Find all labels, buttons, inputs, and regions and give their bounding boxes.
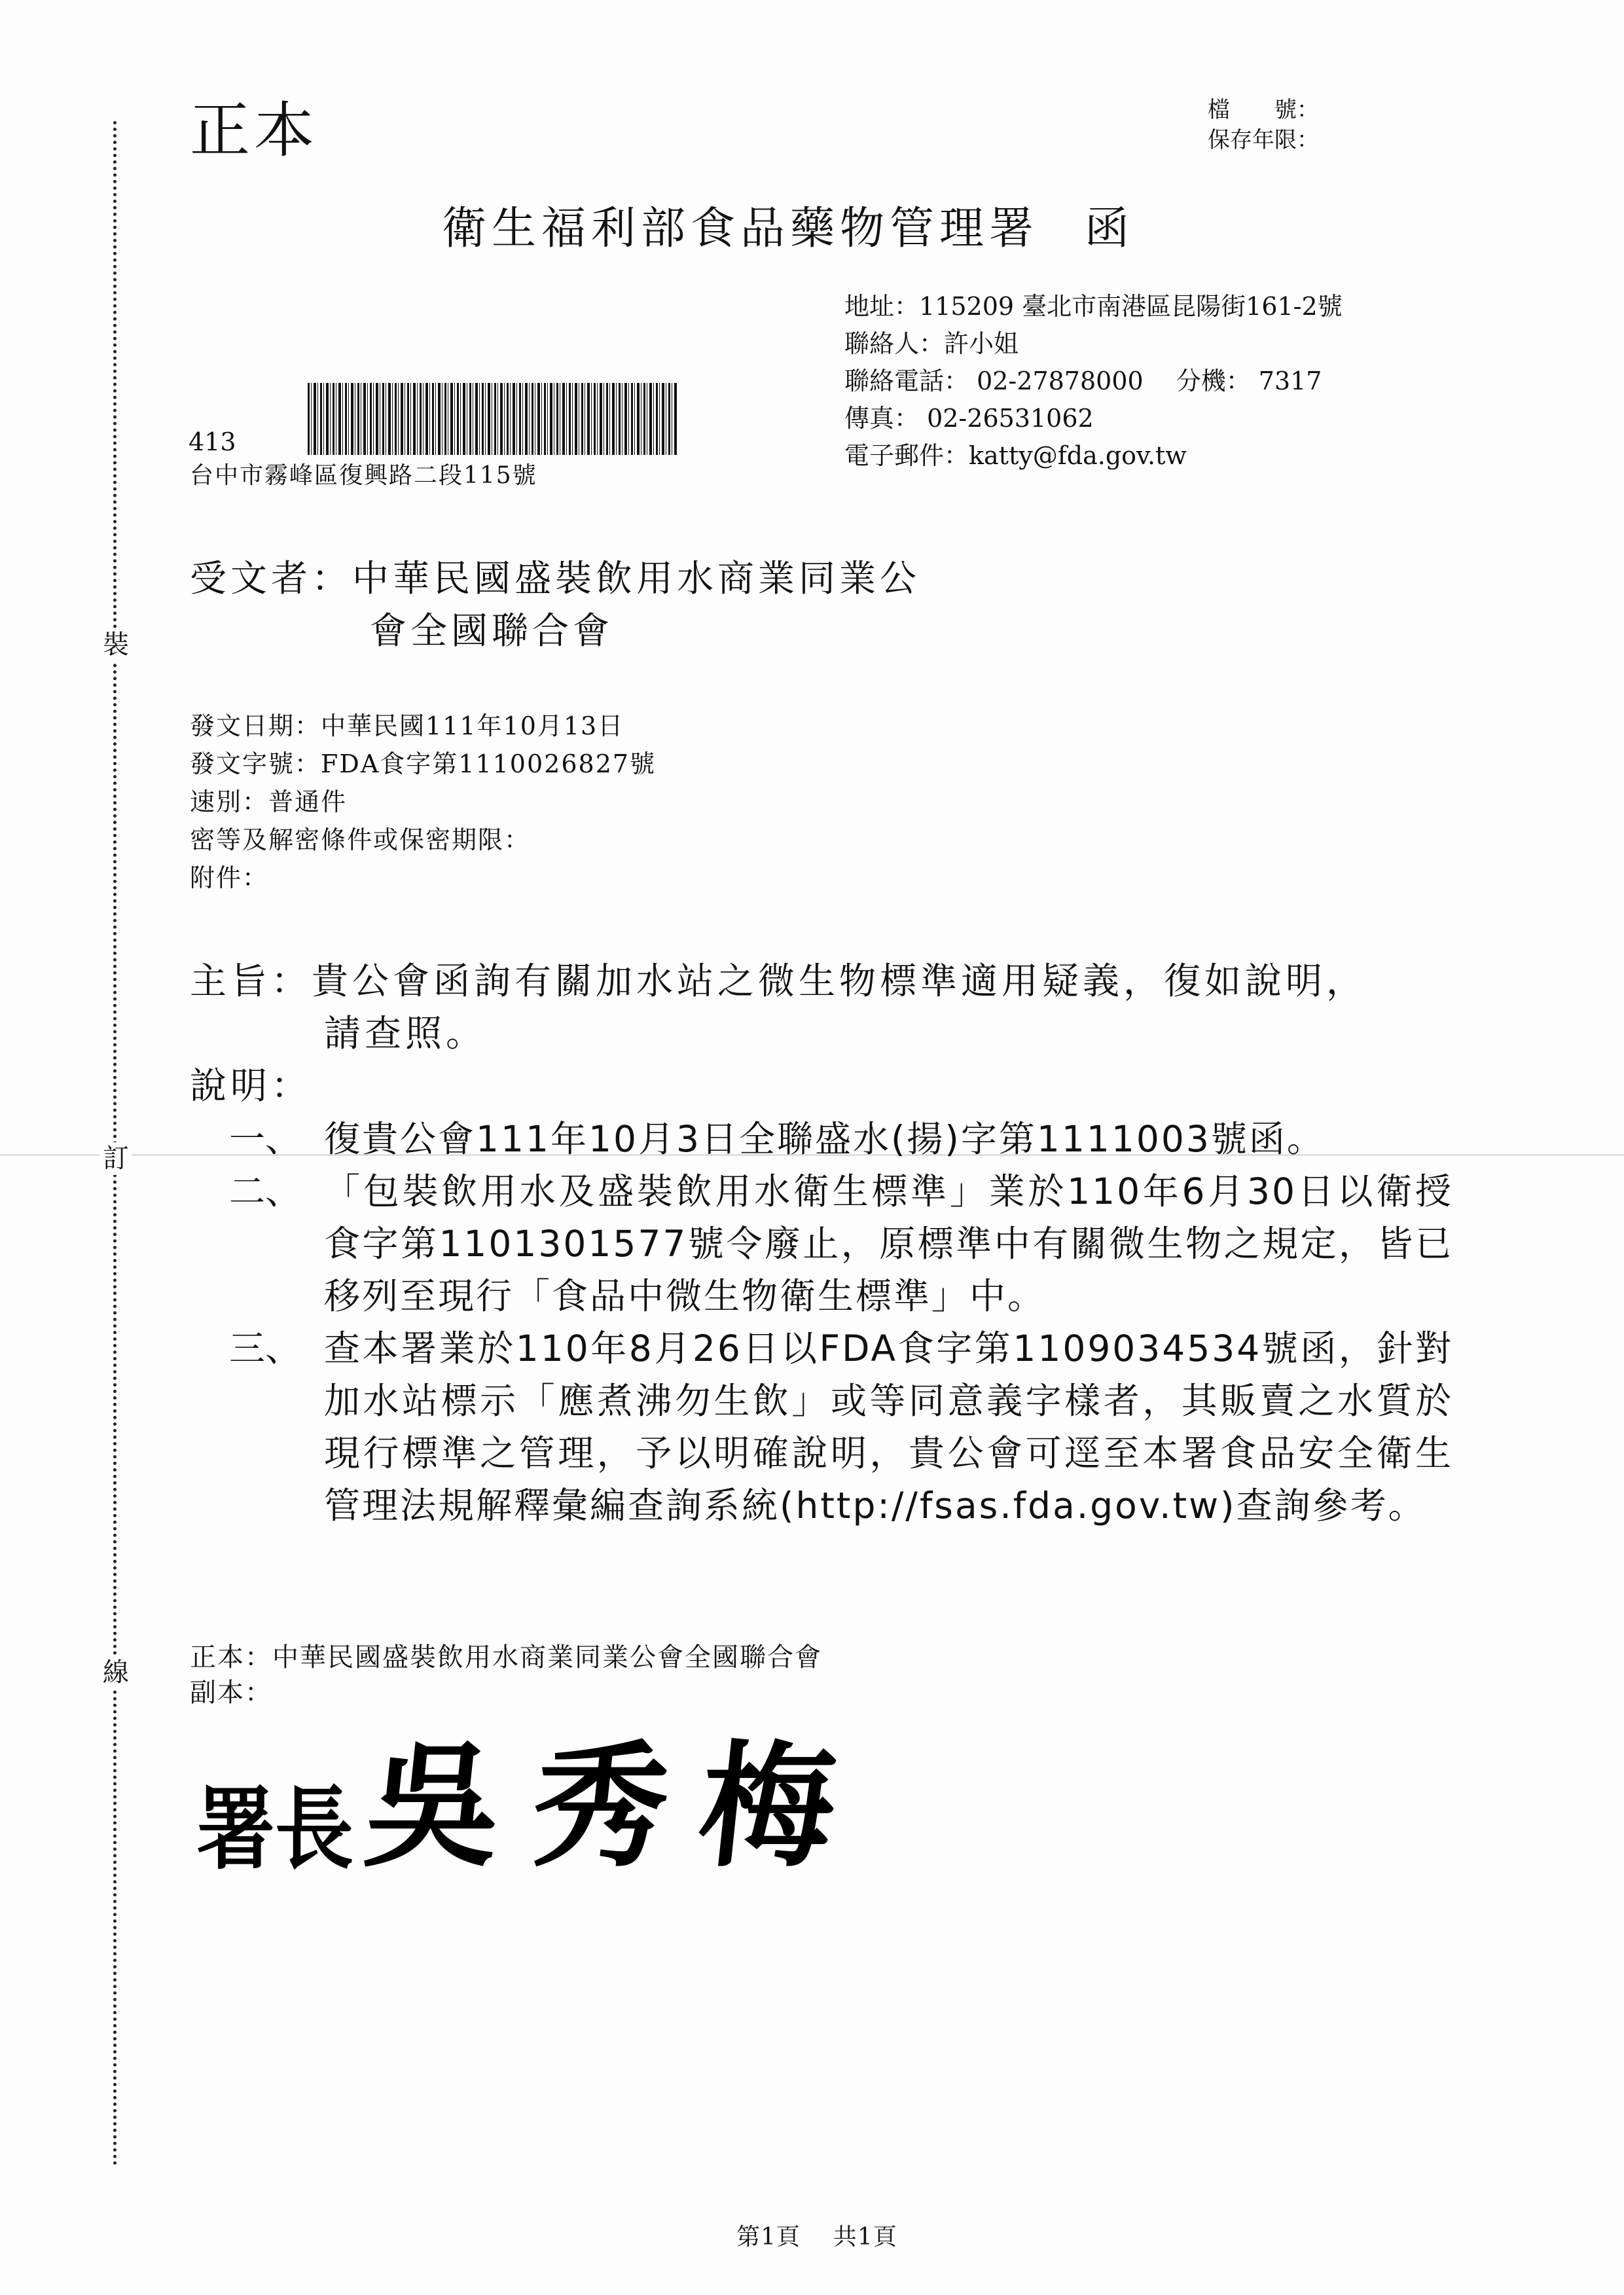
subject-line2: 請查照。 <box>190 1008 1367 1060</box>
distribution-copy: 副本： <box>190 1675 822 1710</box>
explanation-item-text: 「包裝飲用水及盛裝飲用水衛生標準」業於110年6月30日以衛授食字第110130… <box>324 1165 1453 1322</box>
binding-mark-ding: 訂 <box>99 1142 132 1175</box>
attachments: 附件： <box>190 859 656 897</box>
recipient-label: 受文者： <box>190 558 352 600</box>
binding-mark-zhuang: 裝 <box>99 628 132 661</box>
file-number-label: 檔 號： <box>1208 95 1319 125</box>
file-meta: 檔 號： 保存年限： <box>1208 95 1319 155</box>
issue-date: 發文日期：中華民國111年10月13日 <box>190 707 656 745</box>
explanation-item: 一、 復貴公會111年10月3日全聯盛水(揚)字第1111003號函。 <box>229 1113 1453 1165</box>
page-current: 第1頁 <box>736 2224 801 2250</box>
file-number-row: 檔 號： <box>1208 95 1319 125</box>
explanation-item-number: 一、 <box>229 1113 324 1165</box>
document-title: 衛生福利部食品藥物管理署函 <box>442 200 1134 259</box>
postal-zip: 413 <box>189 425 236 458</box>
contact-extension: 分機： 7317 <box>1176 367 1322 395</box>
signatory-name: 吳秀梅 <box>358 1728 875 1885</box>
agency-name: 衛生福利部食品藥物管理署 <box>442 203 1039 255</box>
distribution-original: 正本：中華民國盛裝飲用水商業同業公會全國聯合會 <box>190 1640 822 1675</box>
classification: 密等及解密條件或保密期限： <box>190 821 656 859</box>
contact-phone: 聯絡電話： 02-27878000 <box>844 367 1144 395</box>
binding-mark-xian: 線 <box>99 1656 132 1689</box>
explanation-item: 二、 「包裝飲用水及盛裝飲用水衛生標準」業於110年6月30日以衛授食字第110… <box>229 1165 1453 1322</box>
page-indicator: 第1頁共1頁 <box>736 2222 897 2252</box>
signature-block: 署長 吳秀梅 <box>196 1728 867 1885</box>
document-meta: 發文日期：中華民國111年10月13日 發文字號：FDA食字第111002682… <box>190 707 656 897</box>
page-total: 共1頁 <box>833 2224 897 2250</box>
urgency: 速別：普通件 <box>190 783 656 821</box>
recipient: 受文者：中華民國盛裝飲用水商業同業公 會全國聯合會 <box>190 553 920 658</box>
postal-barcode <box>308 383 677 455</box>
explanation-item-text: 復貴公會111年10月3日全聯盛水(揚)字第1111003號函。 <box>324 1113 1453 1165</box>
contact-phone-row: 聯絡電話： 02-27878000分機： 7317 <box>844 363 1343 400</box>
contact-address: 地址：115209 臺北市南港區昆陽街161-2號 <box>844 288 1343 325</box>
document-type: 函 <box>1085 203 1134 255</box>
copy-type-stamp: 正本 <box>190 95 318 167</box>
recipient-address: 台中市霧峰區復興路二段115號 <box>190 460 537 492</box>
subject: 主旨：貴公會函詢有關加水站之微生物標準適用疑義，復如說明， 請查照。 <box>190 956 1367 1060</box>
explanation-item: 三、 查本署業於110年8月26日以FDA食字第1109034534號函，針對加… <box>229 1322 1453 1532</box>
contact-person: 聯絡人：許小姐 <box>844 325 1343 363</box>
retention-row: 保存年限： <box>1208 125 1319 155</box>
subject-line1: 貴公會函詢有關加水站之微生物標準適用疑義，復如說明， <box>312 960 1367 1003</box>
retention-label: 保存年限： <box>1208 125 1319 155</box>
explanation-item-number: 二、 <box>229 1165 324 1322</box>
issue-number: 發文字號：FDA食字第1110026827號 <box>190 745 656 783</box>
recipient-name-line1: 中華民國盛裝飲用水商業同業公 <box>352 558 920 600</box>
explanation-list: 一、 復貴公會111年10月3日全聯盛水(揚)字第1111003號函。 二、 「… <box>229 1113 1453 1532</box>
contact-fax: 傳真： 02-26531062 <box>844 400 1343 437</box>
document-page: 裝 訂 線 正本 檔 號： 保存年限： 衛生福利部食品藥物管理署函 地址：115… <box>0 0 1624 2295</box>
contact-block: 地址：115209 臺北市南港區昆陽街161-2號 聯絡人：許小姐 聯絡電話： … <box>844 288 1343 475</box>
explanation-item-text: 查本署業於110年8月26日以FDA食字第1109034534號函，針對加水站標… <box>324 1322 1453 1532</box>
signatory-title: 署長 <box>196 1765 353 1894</box>
explanation-label: 說明： <box>190 1060 312 1113</box>
contact-email: 電子郵件：katty@fda.gov.tw <box>844 437 1343 475</box>
recipient-name-line2: 會全國聯合會 <box>190 605 920 658</box>
subject-label: 主旨： <box>190 960 312 1003</box>
explanation-item-number: 三、 <box>229 1322 324 1532</box>
distribution: 正本：中華民國盛裝飲用水商業同業公會全國聯合會 副本： <box>190 1640 822 1710</box>
